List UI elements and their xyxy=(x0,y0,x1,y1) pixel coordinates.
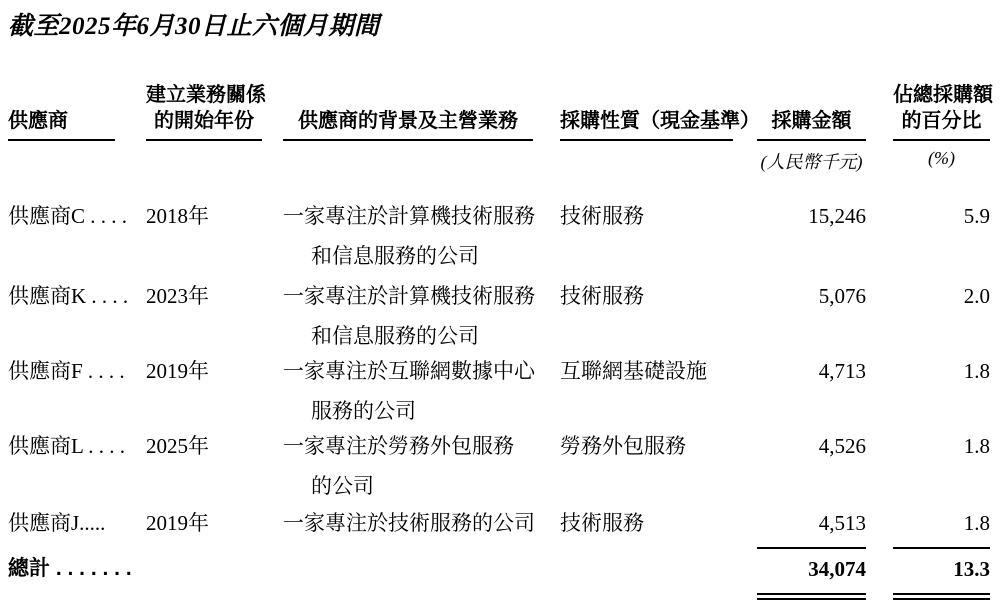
header-relationship-year-line1: 建立業務關係 xyxy=(146,82,262,108)
header-background: 供應商的背景及主營業務 xyxy=(283,78,533,141)
table-row-total: 總計 . . . . . . . 34,074 13.3 xyxy=(8,549,990,600)
cell-year: 2023年 xyxy=(146,276,283,356)
cell-background-line2: 和信息服務的公司 xyxy=(283,316,560,356)
cell-nature: 勞務外包服務 xyxy=(560,426,757,506)
header-background-label: 供應商的背景及主營業務 xyxy=(283,108,533,134)
cell-nature: 互聯網基礎設施 xyxy=(560,351,757,431)
header-amount: 採購金額 xyxy=(757,78,866,141)
cell-amount: 4,526 xyxy=(757,426,866,506)
header-relationship-year: 建立業務關係 的開始年份 xyxy=(146,78,262,141)
header-amount-label: 採購金額 xyxy=(757,108,866,134)
total-amount: 34,074 xyxy=(757,549,866,600)
cell-background: 一家專注於計算機技術服務 和信息服務的公司 xyxy=(283,276,560,356)
cell-background: 一家專注於技術服務的公司 xyxy=(283,503,560,549)
header-percentage-line1: 佔總採購額 xyxy=(893,82,990,108)
cell-amount: 15,246 xyxy=(757,196,866,276)
header-nature: 採購性質（現金基準） xyxy=(560,78,733,141)
table-row-supplier-f: 供應商F . . . . 2019年 一家專注於互聯網數據中心 服務的公司 互聯… xyxy=(8,351,990,431)
table-row-supplier-c: 供應商C . . . . 2018年 一家專注於計算機技術服務 和信息服務的公司… xyxy=(8,196,990,276)
cell-supplier: 供應商K . . . . xyxy=(8,276,146,356)
header-amount-unit: (人民幣千元) xyxy=(752,148,871,174)
header-percentage-line2: 的百分比 xyxy=(893,108,990,134)
total-nature-empty xyxy=(560,549,757,600)
cell-year: 2025年 xyxy=(146,426,283,506)
total-background-empty xyxy=(283,549,560,600)
total-year-empty xyxy=(146,549,283,600)
table-row-supplier-l: 供應商L . . . . 2025年 一家專注於勞務外包服務 的公司 勞務外包服… xyxy=(8,426,990,506)
cell-background: 一家專注於勞務外包服務 的公司 xyxy=(283,426,560,506)
document-page: 截至2025年6月30日止六個月期間 供應商 建立業務關係 的開始年份 供應商的… xyxy=(0,0,1000,606)
cell-year: 2019年 xyxy=(146,503,283,549)
header-supplier: 供應商 xyxy=(8,78,115,141)
cell-background-line2: 和信息服務的公司 xyxy=(283,236,560,276)
cell-percentage: 5.9 xyxy=(893,196,990,276)
cell-year: 2019年 xyxy=(146,351,283,431)
cell-background: 一家專注於互聯網數據中心 服務的公司 xyxy=(283,351,560,431)
cell-percentage: 1.8 xyxy=(893,426,990,506)
table-row-supplier-k: 供應商K . . . . 2023年 一家專注於計算機技術服務 和信息服務的公司… xyxy=(8,276,990,356)
header-percentage-unit: (%) xyxy=(893,148,990,169)
cell-nature: 技術服務 xyxy=(560,503,757,549)
header-percentage: 佔總採購額 的百分比 xyxy=(893,78,990,141)
cell-background-line1: 一家專注於計算機技術服務 xyxy=(283,196,560,236)
cell-supplier: 供應商F . . . . xyxy=(8,351,146,431)
cell-nature: 技術服務 xyxy=(560,196,757,276)
cell-nature: 技術服務 xyxy=(560,276,757,356)
cell-background-line1: 一家專注於勞務外包服務 xyxy=(283,426,560,466)
cell-amount: 5,076 xyxy=(757,276,866,356)
cell-percentage: 1.8 xyxy=(893,351,990,431)
cell-percentage: 1.8 xyxy=(893,503,990,549)
table-row-supplier-j: 供應商J..... 2019年 一家專注於技術服務的公司 技術服務 4,513 … xyxy=(8,503,990,549)
cell-background-line1: 一家專注於技術服務的公司 xyxy=(283,503,560,543)
cell-amount: 4,513 xyxy=(757,503,866,549)
cell-year: 2018年 xyxy=(146,196,283,276)
cell-background-line1: 一家專注於計算機技術服務 xyxy=(283,276,560,316)
cell-supplier: 供應商J..... xyxy=(8,503,146,549)
cell-background-line2: 服務的公司 xyxy=(283,391,560,431)
cell-supplier: 供應商L . . . . xyxy=(8,426,146,506)
total-percentage: 13.3 xyxy=(893,549,990,600)
cell-background-line2: 的公司 xyxy=(283,466,560,506)
total-label: 總計 . . . . . . . xyxy=(8,549,146,600)
cell-background: 一家專注於計算機技術服務 和信息服務的公司 xyxy=(283,196,560,276)
page-title: 截至2025年6月30日止六個月期間 xyxy=(8,6,380,42)
cell-amount: 4,713 xyxy=(757,351,866,431)
cell-percentage: 2.0 xyxy=(893,276,990,356)
cell-supplier: 供應商C . . . . xyxy=(8,196,146,276)
header-nature-label: 採購性質（現金基準） xyxy=(560,108,733,134)
header-supplier-label: 供應商 xyxy=(8,108,115,134)
header-relationship-year-line2: 的開始年份 xyxy=(146,108,262,134)
cell-background-line1: 一家專注於互聯網數據中心 xyxy=(283,351,560,391)
